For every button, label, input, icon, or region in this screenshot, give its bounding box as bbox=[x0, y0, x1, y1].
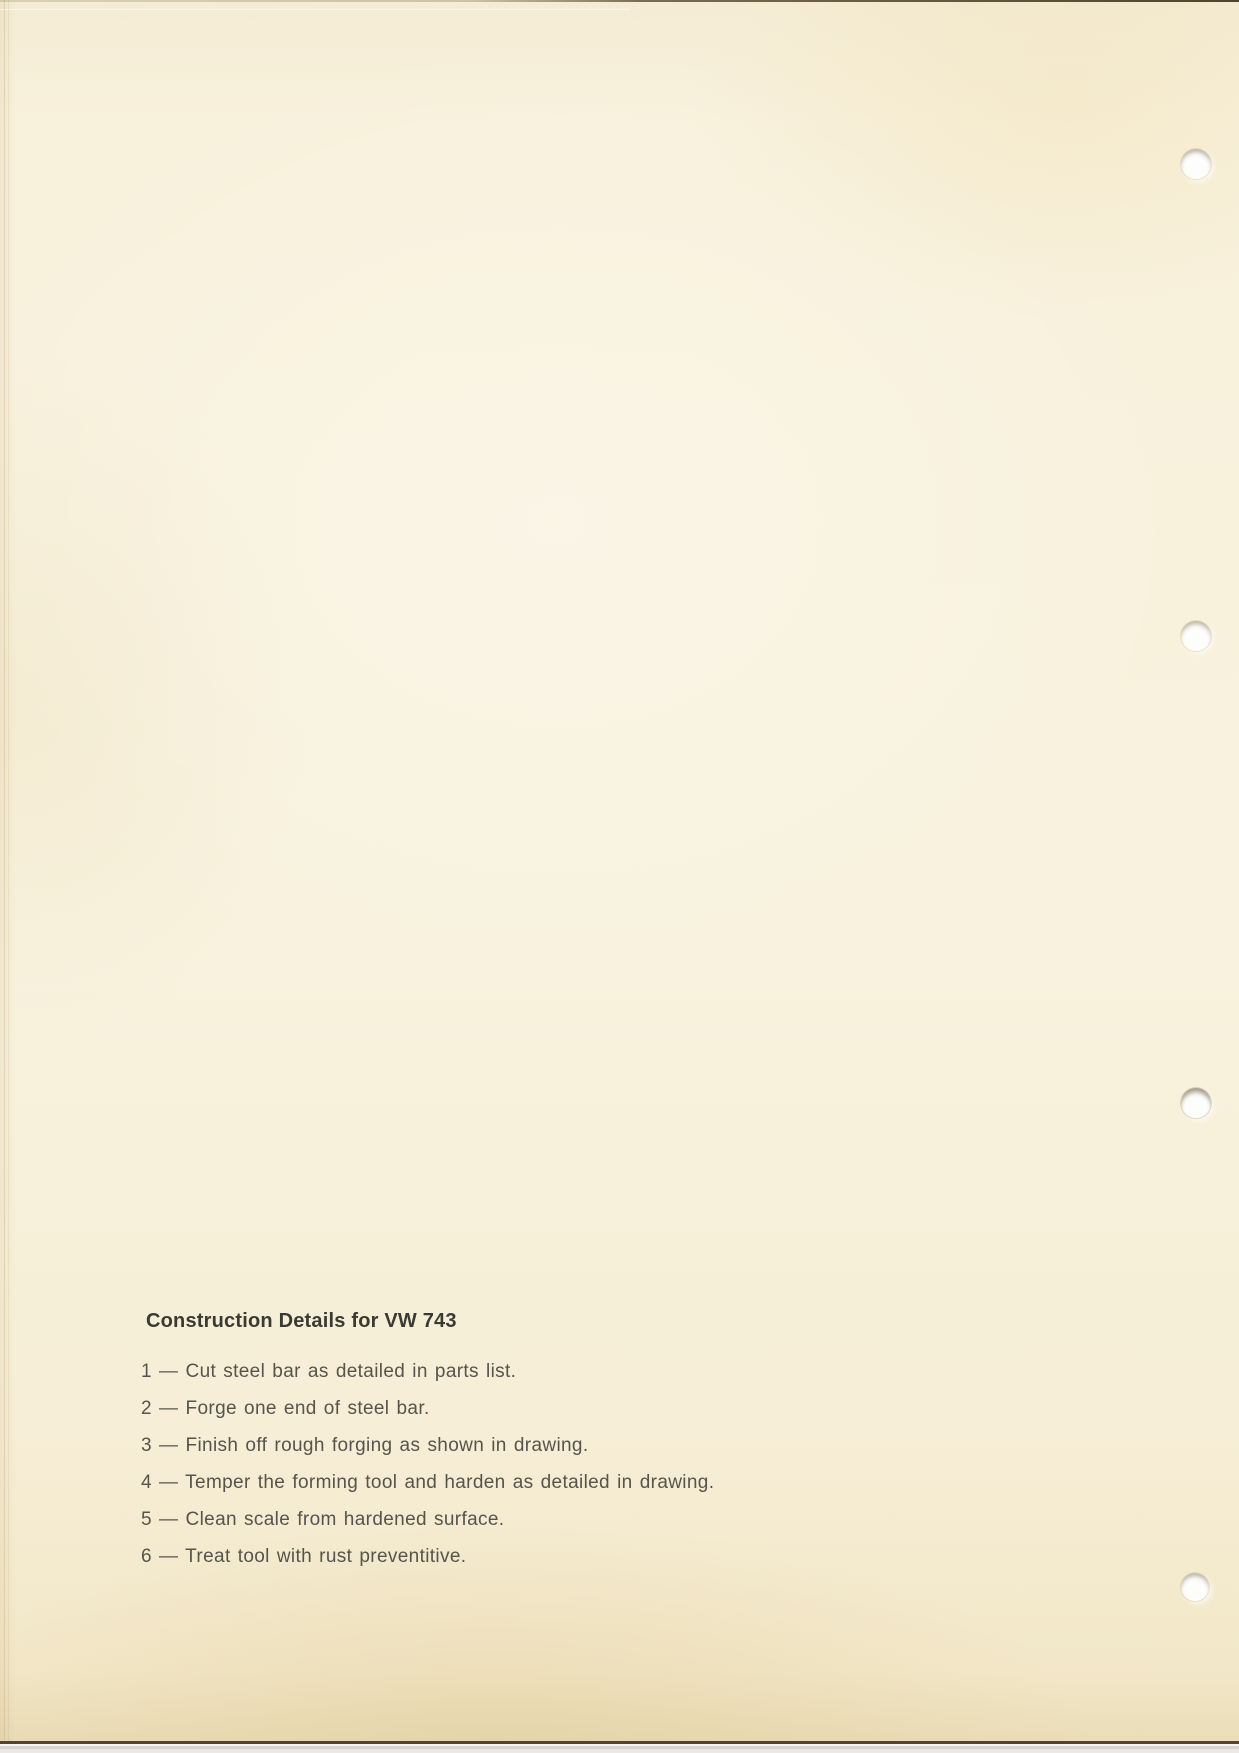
page-top-scan-line bbox=[0, 9, 630, 10]
page-title: Construction Details for VW 743 bbox=[146, 1310, 457, 1333]
punch-hole bbox=[1181, 149, 1211, 179]
scanner-background bbox=[0, 1744, 1239, 1753]
step-item: 6 — Treat tool with rust preventitive. bbox=[141, 1546, 714, 1567]
construction-steps-list: 1 — Cut steel bar as detailed in parts l… bbox=[141, 1361, 714, 1583]
step-item: 2 — Forge one end of steel bar. bbox=[141, 1398, 714, 1419]
punch-hole bbox=[1181, 1573, 1209, 1601]
punch-hole bbox=[1181, 621, 1211, 651]
page-left-edge-line bbox=[8, 0, 9, 1741]
step-item: 5 — Clean scale from hardened surface. bbox=[141, 1509, 714, 1530]
paper-sheet: Construction Details for VW 743 1 — Cut … bbox=[0, 0, 1239, 1744]
step-item: 4 — Temper the forming tool and harden a… bbox=[141, 1472, 714, 1493]
page-top-edge-shadow bbox=[0, 0, 1239, 2]
punch-hole bbox=[1181, 1088, 1211, 1118]
page-left-edge-line bbox=[4, 0, 5, 1741]
step-item: 1 — Cut steel bar as detailed in parts l… bbox=[141, 1361, 714, 1382]
step-item: 3 — Finish off rough forging as shown in… bbox=[141, 1435, 714, 1456]
